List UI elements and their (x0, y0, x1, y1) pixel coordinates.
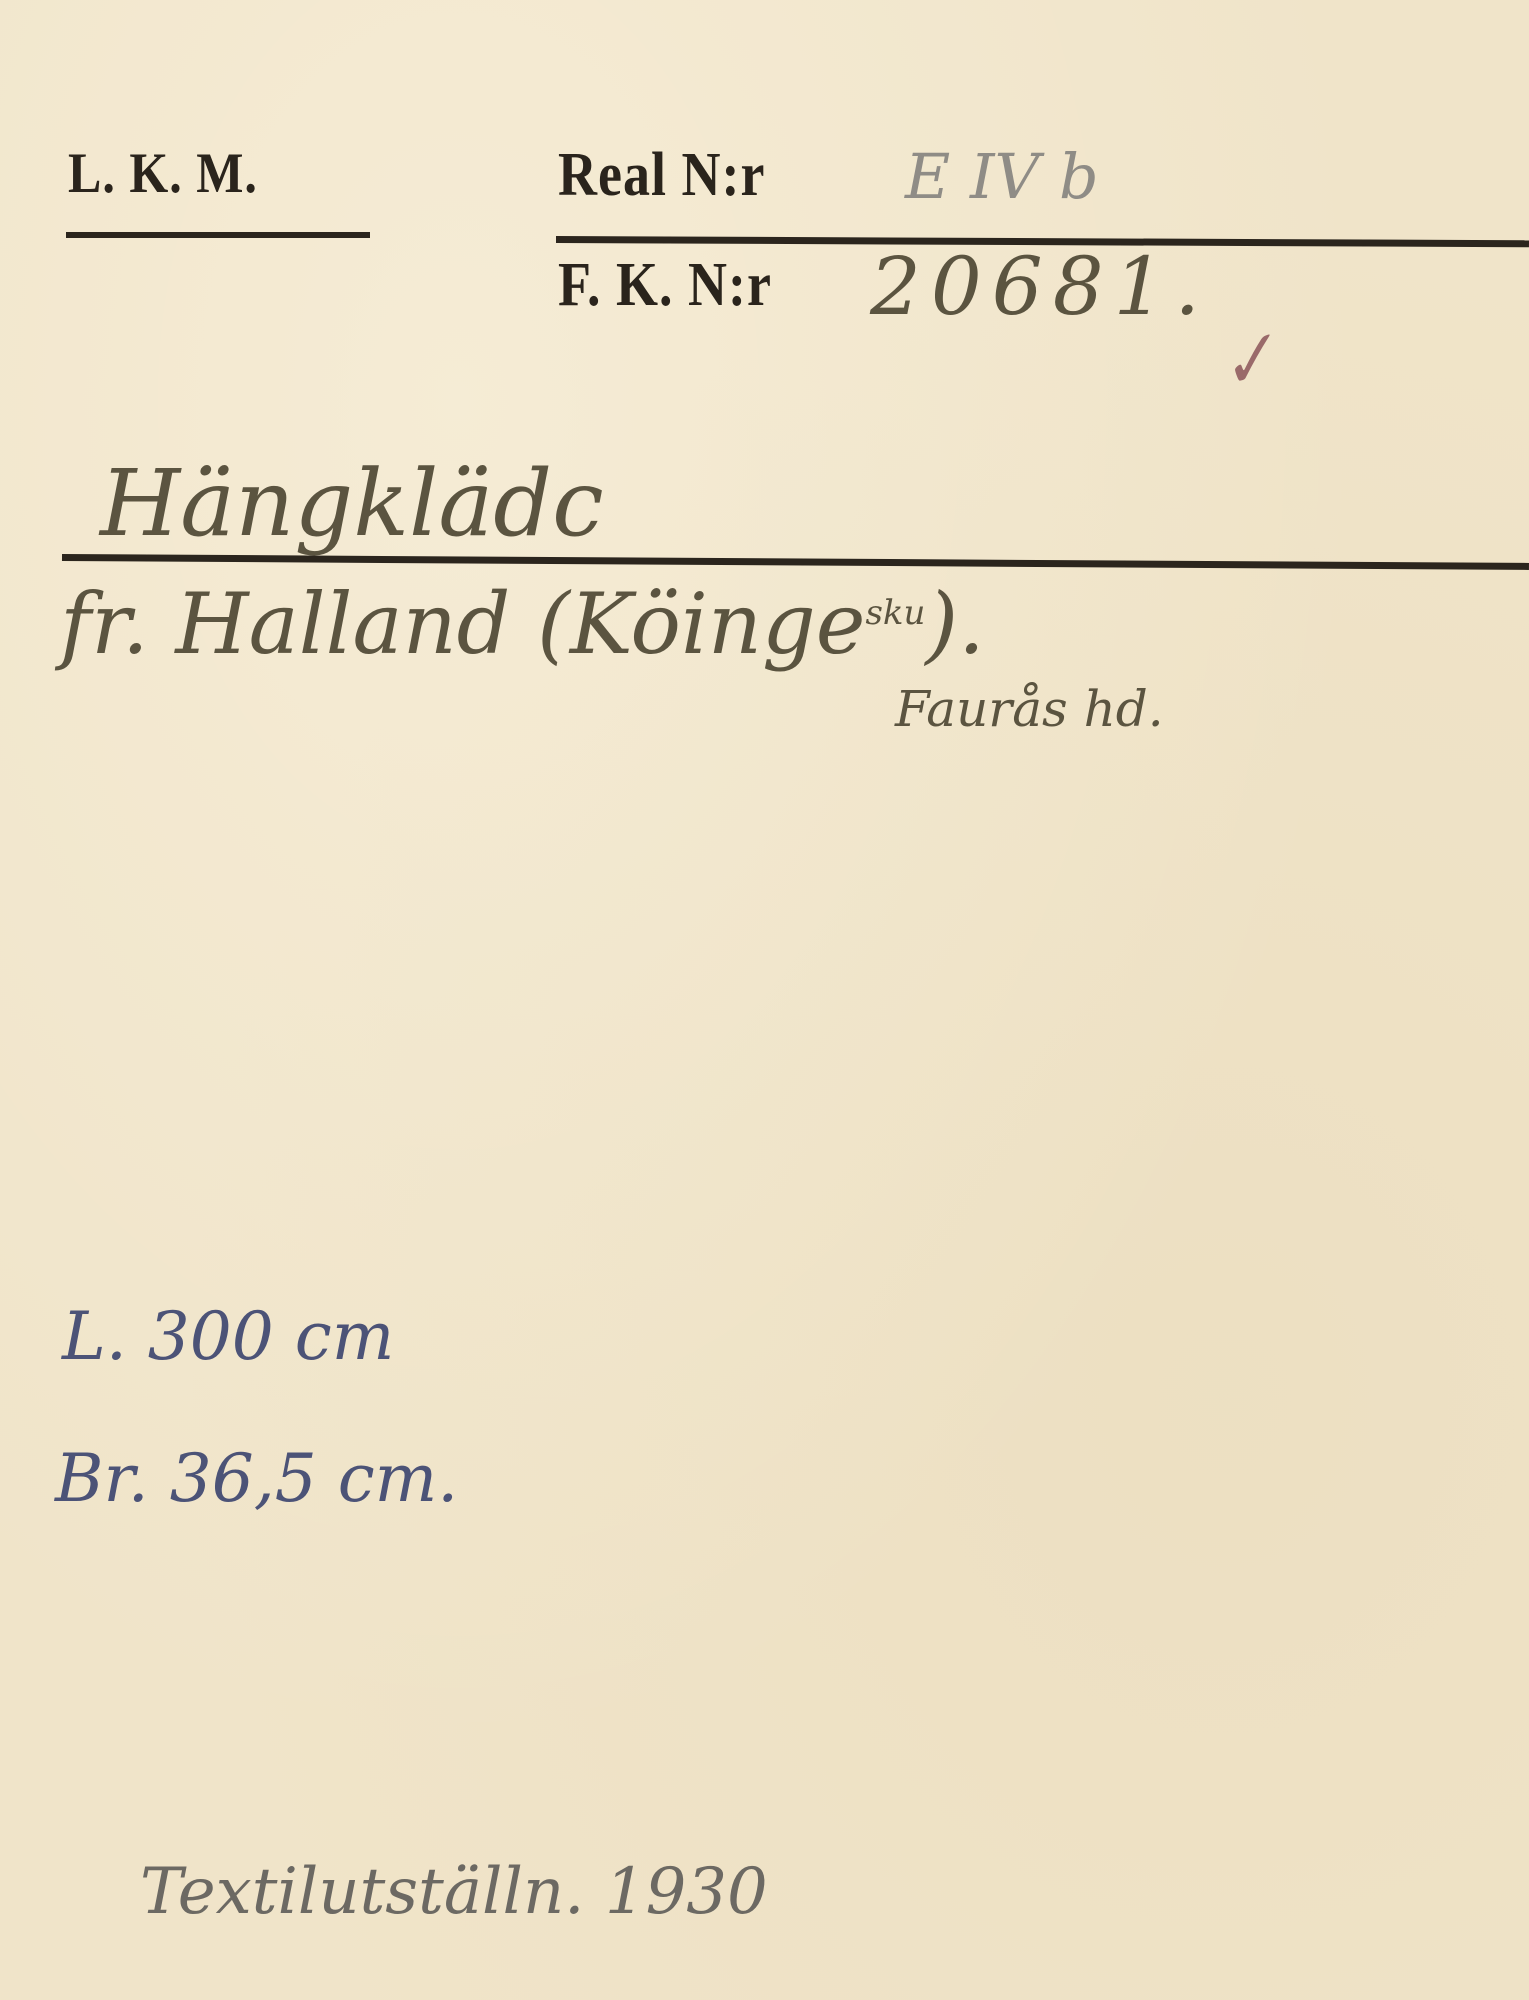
origin-superscript: sku (865, 593, 925, 633)
document-card: L. K. M. Real N:r E IV b F. K. N:r 20681… (0, 0, 1529, 2000)
real-number-value: E IV b (905, 140, 1099, 213)
length-dimension: L. 300 cm (62, 1298, 394, 1375)
width-dimension: Br. 36,5 cm. (55, 1440, 458, 1517)
museum-abbreviation: L. K. M. (68, 139, 258, 206)
origin-close: ). (925, 575, 984, 673)
fk-number-value: 20681. (870, 240, 1210, 333)
origin-text: fr. Halland (Köinge (60, 575, 865, 673)
real-number-label: Real N:r (558, 139, 765, 210)
object-name: Hängklädc (100, 450, 604, 557)
object-origin: fr. Halland (Köingesku). (60, 575, 985, 673)
object-rule (62, 554, 1529, 570)
museum-underline (66, 232, 370, 238)
fk-number-label: F. K. N:r (558, 249, 772, 320)
parish: Faurås hd. (895, 680, 1164, 738)
exhibition-note: Textilutställn. 1930 (140, 1855, 768, 1929)
check-mark: ✓ (1208, 314, 1286, 408)
